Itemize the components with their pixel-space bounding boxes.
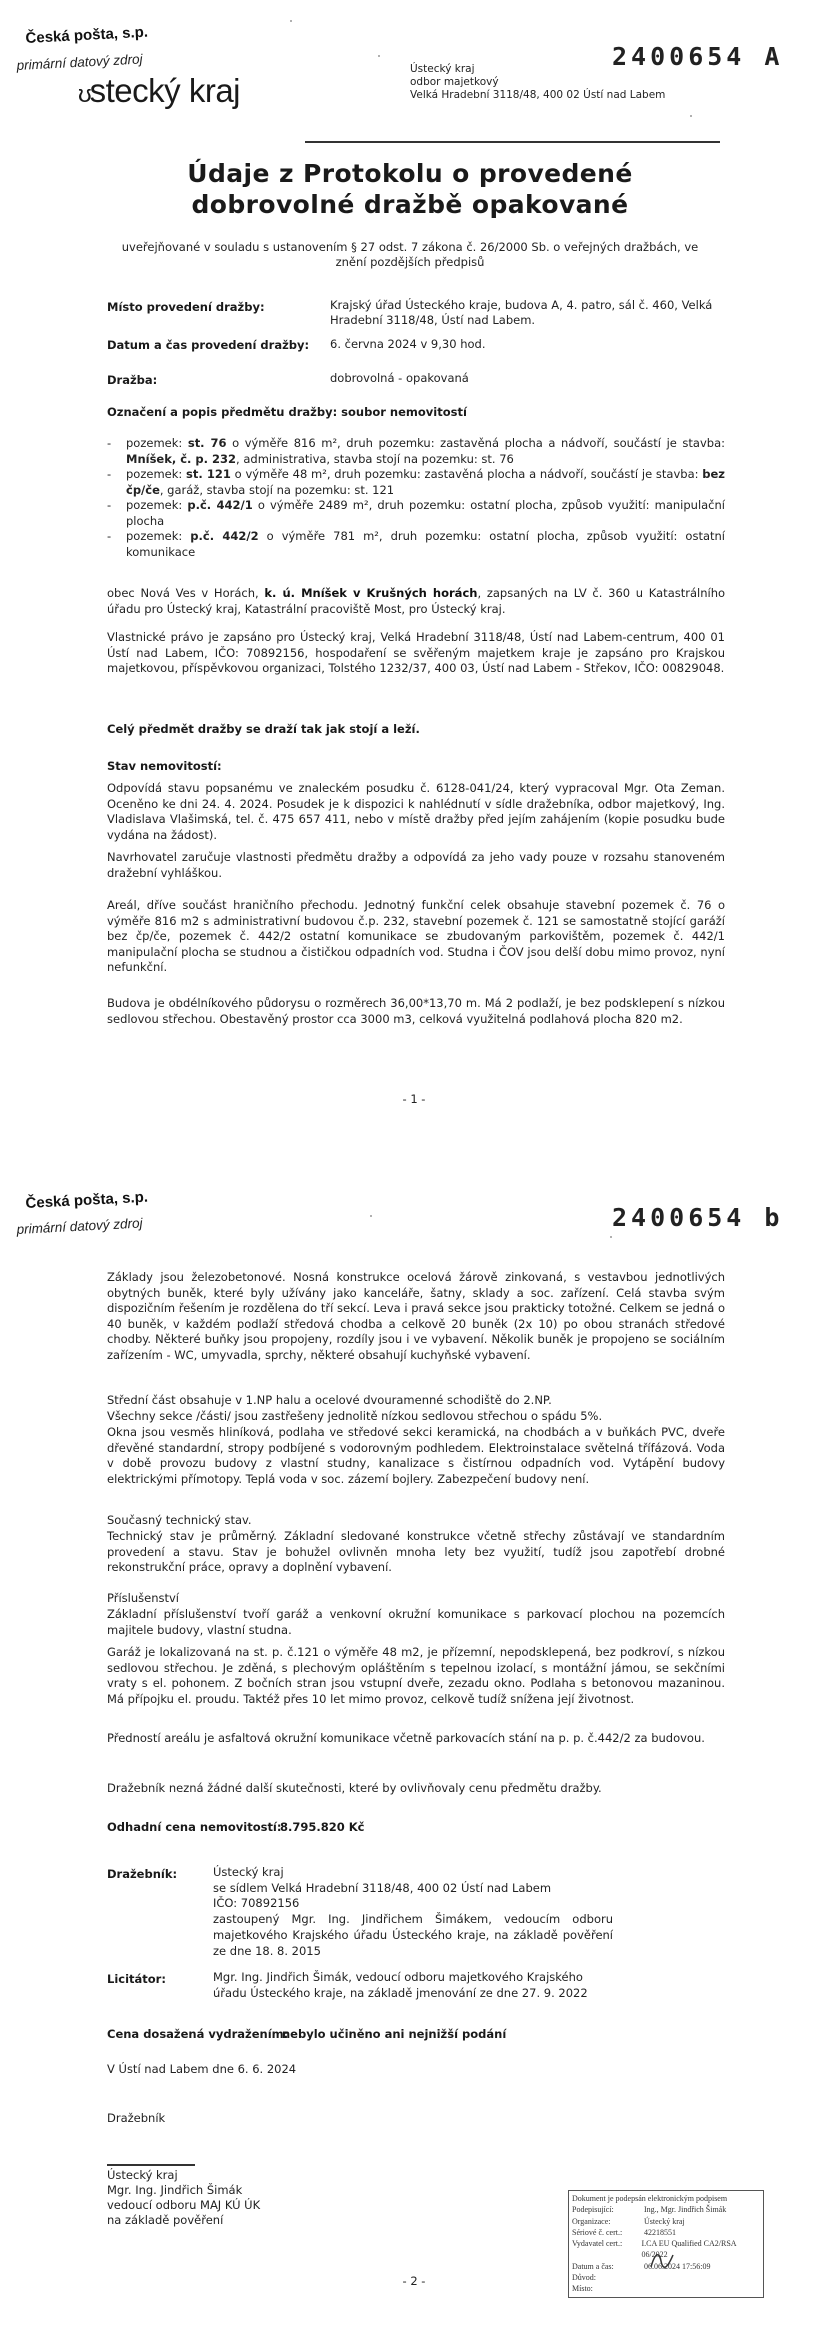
signatory-line: Mgr. Ing. Jindřich Šimák (107, 2183, 260, 2198)
signatory-line: Ústecký kraj (107, 2168, 260, 2183)
e-signature-row: Podepisující:Ing., Mgr. Jindřich Šimák (572, 2204, 760, 2215)
auctioneer-line: zastoupený Mgr. Ing. Jindřichem Šimákem,… (213, 1912, 613, 1959)
licitator-value: Mgr. Ing. Jindřich Šimák, vedoucí odboru… (213, 1970, 613, 2001)
price-reached-label: Cena dosažená vydražením: (107, 2027, 288, 2041)
property-item: pozemek: st. 76 o výměře 816 m², druh po… (107, 436, 725, 467)
property-list: pozemek: st. 76 o výměře 816 m², druh po… (107, 436, 725, 560)
price-reached-value: nebylo učiněno ani nejnižší podání (282, 2027, 506, 2041)
property-item: pozemek: p.č. 442/1 o výměře 2489 m², dr… (107, 498, 725, 529)
auctioneer-line: IČO: 70892156 (213, 1896, 613, 1912)
e-signature-row: Sériové č. cert.:42218551 (572, 2227, 760, 2238)
field-value-datetime: 6. června 2024 v 9,30 hod. (330, 337, 485, 352)
stamp-suffix: A (764, 42, 783, 71)
construction-text: Základy jsou železobetonové. Nosná konst… (107, 1270, 725, 1363)
sender-line: Velká Hradební 3118/48, 400 02 Ústí nad … (410, 89, 665, 102)
scan-speck (610, 1236, 612, 1238)
region-logo: ʊstecký kraj (78, 72, 240, 110)
auctioneer-details: Ústecký kraj se sídlem Velká Hradební 31… (213, 1865, 613, 1959)
sender-line: Ústecký kraj (410, 63, 665, 76)
electronic-signature-box: Dokument je podepsán elektronickým podpi… (568, 2190, 764, 2298)
field-label-place: Místo provedení dražby: (107, 300, 265, 314)
signatory-line: na základě pověření (107, 2213, 260, 2228)
state-heading: Stav nemovitostí: (107, 759, 222, 773)
signature-heading: Dražebník (107, 2111, 165, 2126)
auctioneer-label: Dražebník: (107, 1867, 177, 1881)
garage-text: Garáž je lokalizovaná na st. p. č.121 o … (107, 1645, 725, 1707)
e-signature-row: Důvod: (572, 2272, 760, 2283)
logo-mark-icon: ʊ (78, 81, 90, 108)
field-value-auction: dobrovolná - opakovaná (330, 371, 469, 386)
accessories-heading: Příslušenství (107, 1591, 725, 1607)
roofs-text: Všechny sekce /části/ jsou zastřešeny je… (107, 1409, 725, 1425)
header-rule (305, 141, 720, 143)
licitator-label: Licitátor: (107, 1972, 166, 1986)
title-line: Údaje z Protokolu o provedené (80, 158, 740, 189)
auctioneer-line: Ústecký kraj (213, 1865, 613, 1881)
scan-speck (690, 115, 692, 117)
middle-part-text: Střední část obsahuje v 1.NP halu a ocel… (107, 1393, 725, 1409)
document-title: Údaje z Protokolu o provedené dobrovolné… (80, 158, 740, 220)
state-paragraph-area: Areál, dříve součást hraničního přechodu… (107, 898, 725, 976)
title-line: dobrovolné dražbě opakované (80, 189, 740, 220)
stamp-suffix: b (764, 1203, 783, 1232)
scan-speck (378, 55, 380, 57)
place-and-date: V Ústí nad Labem dne 6. 6. 2024 (107, 2062, 296, 2077)
sender-line: odbor majetkový (410, 76, 665, 89)
estimate-label: Odhadní cena nemovitostí: (107, 1820, 281, 1834)
field-label-auction: Dražba: (107, 373, 157, 387)
post-name: Česká pošta, s.p. (25, 1189, 148, 1212)
estimate-value: 8.795.820 Kč (280, 1820, 364, 1834)
sender-address: Ústecký kraj odbor majetkový Velká Hrade… (410, 63, 665, 102)
document-subtitle: uveřejňované v souladu s ustanovením § 2… (120, 240, 700, 270)
property-item: pozemek: p.č. 442/2 o výměře 781 m², dru… (107, 529, 725, 560)
handwritten-signature-icon (649, 2247, 679, 2271)
equipment-text: Okna jsou vesměs hliníková, podlaha ve s… (107, 1425, 725, 1487)
signatory-block: Ústecký kraj Mgr. Ing. Jindřich Šimák ve… (107, 2168, 260, 2228)
page-number: - 1 - (394, 1092, 434, 1106)
e-signature-header: Dokument je podepsán elektronickým podpi… (572, 2193, 760, 2204)
stamp-digits: 2400654 (612, 1203, 745, 1232)
as-is-statement: Celý předmět dražby se draží tak jak sto… (107, 722, 420, 736)
state-paragraph-guarantee: Navrhovatel zaručuje vlastnosti předmětu… (107, 850, 725, 881)
advantage-text: Předností areálu je asfaltová okružní ko… (107, 1731, 725, 1747)
signature-line (107, 2164, 195, 2166)
scan-speck (290, 20, 292, 22)
state-paragraph-appraisal: Odpovídá stavu popsanému ve znaleckém po… (107, 781, 725, 843)
state-paragraph-building: Budova je obdélníkového půdorysu o rozmě… (107, 996, 725, 1027)
cadastral-location: obec Nová Ves v Horách, k. ú. Mníšek v K… (107, 586, 725, 617)
logo-text: stecký kraj (90, 72, 240, 109)
field-label-datetime: Datum a čas provedení dražby: (107, 338, 309, 352)
e-signature-row: Organizace:Ústecký kraj (572, 2216, 760, 2227)
no-other-facts: Dražebník nezná žádné další skutečnosti,… (107, 1781, 725, 1797)
tech-state-text: Technický stav je průměrný. Základní sle… (107, 1529, 725, 1576)
property-item: pozemek: st. 121 o výměře 48 m², druh po… (107, 467, 725, 498)
stamp-number: 2400654 b (612, 1203, 783, 1232)
e-signature-row: Místo: (572, 2283, 760, 2294)
subject-heading: Označení a popis předmětu dražby: soubor… (107, 405, 467, 419)
field-value-place: Krajský úřad Ústeckého kraje, budova A, … (330, 298, 730, 328)
tech-state-heading: Současný technický stav. (107, 1513, 725, 1529)
auctioneer-line: se sídlem Velká Hradební 3118/48, 400 02… (213, 1881, 613, 1897)
page-number: - 2 - (394, 2274, 434, 2288)
post-name: Česká pošta, s.p. (25, 24, 148, 47)
scan-speck (370, 1215, 372, 1217)
signatory-line: vedoucí odboru MAJ KÚ ÚK (107, 2198, 260, 2213)
post-subtitle: primární datový zdroj (16, 51, 143, 73)
ownership-text: Vlastnické právo je zapsáno pro Ústecký … (107, 630, 725, 677)
post-subtitle: primární datový zdroj (16, 1215, 143, 1237)
accessories-text: Základní příslušenství tvoří garáž a ven… (107, 1607, 725, 1638)
